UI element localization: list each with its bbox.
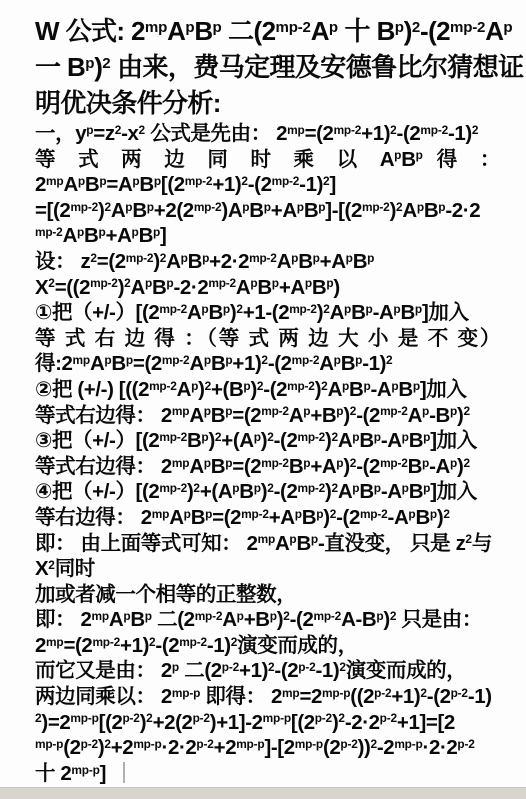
superscript: mp-2 (159, 430, 187, 444)
text-line: 等式右边得： 2mpApBp=(2mp-2Ap+Bp)2-(2mp-2Ap-Bp… (35, 403, 500, 429)
text-line: 而它又是由： 2p 二(2p-2+1)2-(2p-2-1)2演变而成的， (35, 658, 500, 684)
document[interactable]: W 公式: 2mpApBp 二(2mp-2Ap 十 Bp)2-(2mp-2Ap一… (0, 0, 526, 788)
superscript: mp (46, 635, 63, 649)
superscript: p (86, 123, 93, 137)
text-line: 等右边得： 2mpApBp=(2mp-2+ApBp)2-(2mp-2-ApBp)… (35, 505, 500, 531)
text-line: mp-2ApBp+ApBp] (35, 223, 500, 249)
superscript: mp-2 (179, 635, 207, 649)
superscript: p (125, 200, 132, 214)
bottom-bar (0, 787, 526, 799)
superscript: p (305, 276, 312, 290)
superscript: p (154, 174, 161, 188)
superscript: 2 (339, 660, 345, 674)
superscript: p (270, 609, 277, 623)
superscript: mp-2 (334, 123, 362, 137)
document-title: W 公式: 2mpApBp 二(2mp-2Ap 十 Bp)2-(2mp-2Ap一… (35, 13, 500, 121)
superscript: mp-p (70, 711, 98, 725)
superscript: p (363, 379, 370, 393)
text-line: 2mp=(2mp-2+1)2-(2mp-2-1)2演变而成的， (35, 633, 500, 659)
superscript: p (242, 200, 249, 214)
superscript: mp-2 (272, 174, 300, 188)
superscript: mp-2 (362, 200, 390, 214)
superscript: p (344, 302, 351, 316)
superscript: p (232, 481, 239, 495)
text-line: 等 式 两 边 同 时 乘 以 ApBp 得 ： (35, 147, 500, 173)
superscript: 2 (412, 19, 420, 36)
superscript: mp-p (394, 737, 422, 751)
superscript: p (225, 353, 232, 367)
superscript: mp-2 (159, 302, 187, 316)
superscript: p (99, 174, 106, 188)
superscript: p (417, 200, 424, 214)
superscript: p (318, 200, 325, 214)
superscript: p (346, 251, 353, 265)
superscript: mp-p (295, 737, 323, 751)
text-line: 即： 2mpApBp 二(2mp-2Ap+Bp)2-(2mp-2A-Bp)2 只… (35, 607, 500, 633)
superscript: 2 (205, 379, 211, 393)
superscript: p-2 (451, 686, 468, 700)
superscript: p-2 (298, 660, 315, 674)
superscript: p (289, 532, 296, 546)
superscript: 2 (350, 404, 356, 418)
superscript: p (336, 456, 343, 470)
superscript: 2 (104, 737, 110, 751)
superscript: p (205, 507, 212, 521)
superscript: 2 (90, 251, 96, 265)
superscript: mp-p (263, 711, 291, 725)
superscript: p (393, 302, 400, 316)
superscript: mp (92, 609, 109, 623)
superscript: p-2 (193, 711, 210, 725)
text-line: 得:2mpApBp=(2mp-2ApBp+1)2-(2mp-2ApBp-1)2 (35, 351, 500, 377)
superscript: p (204, 404, 211, 418)
superscript: mp (282, 686, 299, 700)
superscript: mp-p (236, 737, 264, 751)
superscript: 2 (236, 302, 242, 316)
superscript: mp-2 (292, 353, 320, 367)
text-cursor[interactable] (123, 762, 125, 783)
superscript: p-2 (380, 711, 397, 725)
superscript: p (352, 430, 359, 444)
superscript: p (303, 404, 310, 418)
text-line: ①把（+/-）[(2mp-2ApBp)2+1-(2mp-2)2ApBp-ApBp… (35, 300, 500, 326)
superscript: mp (145, 19, 167, 36)
text-line: 即： 由上面等式可知： 2mpApBp-直没变， 只是 z2与 (35, 531, 500, 557)
superscript: mp-2 (90, 276, 118, 290)
superscript: 2 (390, 123, 396, 137)
text-line: 一，yp=z2-x2 公式是先由： 2mp=(2mp-2+1)2-(2mp-2-… (35, 121, 500, 147)
superscript: 2 (338, 711, 344, 725)
superscript: p (145, 276, 152, 290)
superscript: p (172, 660, 179, 674)
superscript: p (303, 456, 310, 470)
superscript: mp-2 (380, 456, 408, 470)
superscript: p (204, 353, 211, 367)
superscript: 2 (231, 635, 237, 649)
superscript: mp-2 (380, 404, 408, 418)
superscript: p (413, 379, 420, 393)
superscript: mp-2 (195, 609, 223, 623)
superscript: p (181, 251, 188, 265)
superscript: p (336, 404, 343, 418)
superscript: 2 (386, 353, 392, 367)
superscript: p (450, 404, 457, 418)
superscript: p (201, 302, 208, 316)
superscript: p (104, 353, 111, 367)
text-line: mp-p(2p-2)2+2mp-p·2·2p-2+2mp-p]-[2mp-p(2… (35, 735, 500, 761)
superscript: p (402, 430, 409, 444)
superscript: p (374, 481, 381, 495)
superscript: 2 (102, 55, 110, 72)
superscript: 2 (104, 200, 110, 214)
superscript: 2 (193, 481, 199, 495)
superscript: mp (172, 456, 189, 470)
text-line: X2同时 (35, 556, 500, 582)
superscript: 2 (463, 404, 469, 418)
superscript: p (423, 430, 430, 444)
text-line: ②把 (+/-) [((2mp-2Ap)2+(Bp)2-(2mp-2)2ApBp… (35, 377, 500, 403)
superscript: 2 (267, 430, 273, 444)
superscript: mp-p (322, 686, 350, 700)
text-line: 加或者减一个相等的正整数， (35, 582, 500, 608)
text-line: ④把（+/-）[(2mp-2)2+(ApBp)2-(2mp-2)2ApBp-Ap… (35, 479, 500, 505)
superscript: p (376, 609, 383, 623)
superscript: 2 (283, 609, 289, 623)
text-line: =[(2mp-2)2ApBp+2(2mp-2)ApBp+ApBp]-[(2mp-… (35, 198, 500, 224)
superscript: 2 (465, 532, 471, 546)
superscript: mp-2 (208, 276, 236, 290)
text-line: ③把（+/-）[(2mp-2Bp)2+(Ap)2-(2mp-2)2ApBp-Ap… (35, 428, 500, 454)
superscript: p (77, 225, 84, 239)
superscript: 2 (160, 251, 166, 265)
superscript: mp-2 (249, 251, 277, 265)
superscript: p (132, 174, 139, 188)
superscript: p (291, 251, 298, 265)
superscript: p (366, 302, 373, 316)
text-line: 等 式 右 边 得 ：（等 式 两 边 大 小 是 不 变） (35, 326, 500, 352)
superscript: p (313, 251, 320, 265)
superscript: p (311, 532, 318, 546)
superscript: p (402, 481, 409, 495)
superscript: p (250, 276, 257, 290)
superscript: 2 (443, 507, 449, 521)
superscript: p (394, 148, 401, 162)
superscript: 2 (241, 174, 247, 188)
text-line: 十 2mp-p] (35, 761, 500, 787)
superscript: p (126, 353, 133, 367)
superscript: mp (287, 123, 304, 137)
superscript: mp-2 (297, 430, 325, 444)
superscript: p (374, 430, 381, 444)
superscript: p (225, 456, 232, 470)
superscript: mp-2 (126, 251, 154, 265)
superscript: p (225, 404, 232, 418)
superscript: p (78, 174, 85, 188)
title-line: W 公式: 2mpApBp 二(2mp-2Ap 十 Bp)2-(2mp-2Ap (35, 13, 500, 49)
superscript: p-2 (340, 737, 357, 751)
superscript: p (367, 251, 374, 265)
superscript: 2 (390, 609, 396, 623)
superscript: mp-2 (92, 635, 120, 649)
superscript: p (438, 200, 445, 214)
superscript: p (254, 430, 261, 444)
superscript: 2 (370, 737, 376, 751)
title-line: 一 Bp)2 由来，费马定理及安德鲁比尔猜想证 (35, 49, 500, 85)
superscript: p (450, 456, 457, 470)
superscript: mp-2 (297, 481, 325, 495)
superscript: mp-2 (185, 174, 213, 188)
superscript: p-2 (123, 711, 140, 725)
superscript: mp-p (35, 737, 63, 751)
superscript: p (422, 404, 429, 418)
superscript: p (223, 302, 230, 316)
superscript: mp-2 (261, 404, 289, 418)
superscript: p (213, 19, 222, 36)
document-body: 一，yp=z2-x2 公式是先由： 2mp=(2mp-2+1)2-(2mp-2-… (35, 121, 500, 786)
superscript: p (415, 302, 422, 316)
superscript: 2 (146, 711, 152, 725)
superscript: p (352, 481, 359, 495)
superscript: p (326, 276, 333, 290)
superscript: 2 (149, 635, 155, 649)
superscript: p (264, 200, 271, 214)
superscript: 2 (323, 302, 329, 316)
superscript: p (342, 379, 349, 393)
superscript: p (334, 353, 341, 367)
superscript: p (184, 507, 191, 521)
superscript: mp-2 (313, 609, 341, 623)
superscript: 2 (257, 379, 263, 393)
superscript: 2 (330, 507, 336, 521)
superscript: 2 (420, 686, 426, 700)
text-line: X2=((2mp-2)2ApBp-2·2mp-2ApBp+ApBp) (35, 275, 500, 301)
superscript: mp-2 (194, 200, 222, 214)
superscript: mp-2 (287, 379, 315, 393)
superscript: p (503, 19, 512, 36)
superscript: mp-2 (159, 481, 187, 495)
superscript: 2 (48, 558, 54, 572)
superscript: 2 (139, 123, 145, 137)
superscript: mp-2 (149, 379, 177, 393)
superscript: 2 (35, 711, 41, 725)
superscript: mp-2 (162, 353, 190, 367)
superscript: mp-2 (241, 507, 269, 521)
text-line: 两边同乘以： 2mp-p 即得： 2mp=2mp-p((2p-2+1)2-(2p… (35, 684, 500, 710)
text-line: 2)=2mp-p[(2p-2)2+2(2p-2)+1]-2mp-p[(2p-2)… (35, 710, 500, 736)
superscript: p (202, 251, 209, 265)
superscript: p (145, 609, 152, 623)
superscript: mp-p (133, 737, 161, 751)
superscript: 2 (350, 456, 356, 470)
superscript: p-2 (374, 686, 391, 700)
superscript: 2 (472, 123, 478, 137)
superscript: p (123, 609, 130, 623)
superscript: 2 (323, 174, 329, 188)
superscript: 2 (331, 430, 337, 444)
superscript: p (243, 379, 250, 393)
superscript: p (85, 55, 94, 72)
superscript: p (204, 456, 211, 470)
superscript: mp-2 (420, 123, 448, 137)
superscript: mp-2 (360, 507, 388, 521)
superscript: p (391, 379, 398, 393)
superscript: p (395, 19, 404, 36)
superscript: 2 (396, 200, 402, 214)
superscript: p (201, 430, 208, 444)
superscript: p (295, 507, 302, 521)
superscript: p-2 (457, 737, 474, 751)
superscript: 2 (124, 276, 130, 290)
superscript: 2 (331, 481, 337, 495)
superscript: mp (258, 532, 275, 546)
superscript: p (166, 276, 173, 290)
superscript: 2 (261, 353, 267, 367)
superscript: 2 (268, 660, 274, 674)
superscript: mp (46, 174, 63, 188)
superscript: p-2 (81, 737, 98, 751)
superscript: p-2 (315, 711, 332, 725)
superscript: p (254, 481, 261, 495)
superscript: p (355, 353, 362, 367)
superscript: 2 (267, 481, 273, 495)
text-line: 2mpApBp=ApBp[(2mp-2+1)2-(2mp-2-1)2] (35, 172, 500, 198)
superscript: mp-2 (70, 200, 98, 214)
superscript: mp (152, 507, 169, 521)
title-line: 明优决条件分析: (35, 85, 500, 121)
superscript: mp-p (172, 686, 200, 700)
superscript: p (416, 148, 423, 162)
superscript: mp-2 (261, 456, 289, 470)
superscript: mp (73, 353, 90, 367)
superscript: 2 (321, 379, 327, 393)
superscript: p (153, 225, 160, 239)
superscript: 2 (115, 123, 121, 137)
superscript: p (132, 225, 139, 239)
superscript: mp (172, 404, 189, 418)
superscript: p (185, 19, 194, 36)
text-line: 设： z2=(2mp-2)2ApBp+2·2mp-2ApBp+ApBp (35, 249, 500, 275)
superscript: p-2 (222, 660, 239, 674)
superscript: 2 (463, 456, 469, 470)
superscript: mp-p (71, 763, 99, 777)
superscript: p (191, 379, 198, 393)
superscript: mp-2 (35, 225, 63, 239)
superscript: p (423, 481, 430, 495)
superscript: mp-2 (289, 302, 317, 316)
superscript: mp-2 (450, 19, 485, 36)
superscript: p (297, 200, 304, 214)
superscript: p-2 (196, 737, 213, 751)
text-line: 等式右边得： 2mpApBp=(2mp-2Bp+Ap)2-(2mp-2Bp-Ap… (35, 454, 500, 480)
superscript: 2 (215, 430, 221, 444)
superscript: mp-2 (275, 19, 310, 36)
superscript: p (272, 276, 279, 290)
superscript: p (329, 19, 338, 36)
superscript: p (98, 225, 105, 239)
superscript: p (422, 456, 429, 470)
superscript: p (316, 507, 323, 521)
superscript: p (237, 609, 244, 623)
superscript: p (408, 507, 415, 521)
superscript: p (430, 507, 437, 521)
superscript: p (147, 200, 154, 214)
superscript: 2 (48, 276, 54, 290)
